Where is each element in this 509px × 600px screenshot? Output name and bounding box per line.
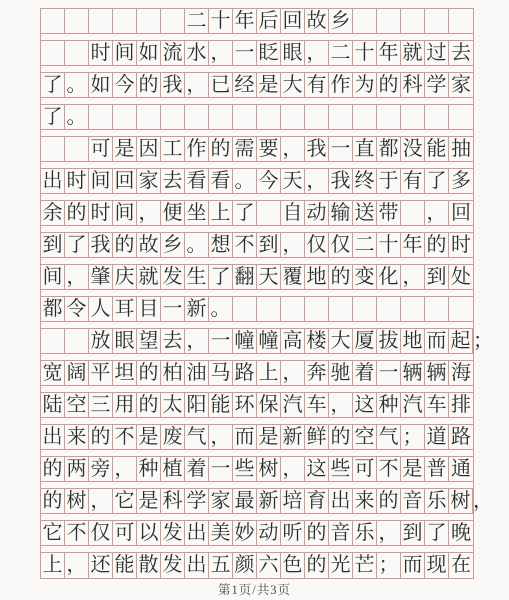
grid-cell: 故 (137, 233, 161, 258)
grid-cell: 我 (305, 137, 329, 162)
grid-cell: 时 (449, 233, 473, 258)
grid-cell: 年 (377, 41, 401, 66)
grid-cell (281, 105, 305, 130)
grid-cell: 一 (377, 361, 401, 386)
grid-cell: ， (281, 361, 305, 386)
row-spacer (41, 162, 473, 169)
text-row: 出时间回家去看看。今天，我终于有了多 (41, 169, 473, 194)
grid-cell (257, 297, 281, 322)
grid-cell: 三 (89, 393, 113, 418)
text-row: 宽阔平坦的柏油马路上，奔驰着一辆辆海 (41, 361, 473, 386)
text-row: 时间如流水，一眨眼，二十年就过去 (41, 41, 473, 66)
grid-cell: 厦 (353, 329, 377, 354)
grid-cell: 五 (209, 553, 233, 578)
grid-cell: 输 (329, 201, 353, 226)
grid-cell: 已 (209, 73, 233, 98)
grid-cell: ， (305, 41, 329, 66)
row-spacer (41, 322, 473, 329)
grid-cell: 育 (305, 489, 329, 514)
grid-cell: 出 (329, 489, 353, 514)
grid-cell: 排 (449, 393, 473, 418)
grid-cell: ， (305, 169, 329, 194)
grid-cell (401, 297, 425, 322)
text-row: 余的时间，便坐上了自动输送带，回 (41, 201, 473, 226)
grid-cell: 想 (209, 233, 233, 258)
grid-cell: 现 (425, 553, 449, 578)
grid-cell: 天 (257, 265, 281, 290)
grid-cell: 了 (209, 265, 233, 290)
grid-cell: 海 (449, 361, 473, 386)
grid-cell: 没 (401, 137, 425, 162)
grid-cell: 宽 (41, 361, 65, 386)
grid-cell: 拔 (377, 329, 401, 354)
grid-cell: 有 (305, 73, 329, 98)
grid-cell: 去 (449, 41, 473, 66)
grid-cell: 地 (401, 329, 425, 354)
text-row: 上，还能散发出五颜六色的光芒；而现在 (41, 553, 473, 578)
row-spacer (41, 482, 473, 489)
grid-cell: 的 (377, 489, 401, 514)
grid-cell: 听 (281, 521, 305, 546)
grid-cell (425, 9, 449, 34)
grid-cell: 到 (401, 521, 425, 546)
grid-cell (113, 9, 137, 34)
grid-cell: ， (89, 489, 113, 514)
grid-cell: 散 (137, 553, 161, 578)
grid-cell: 今 (257, 169, 281, 194)
grid-cell: 妙 (233, 521, 257, 546)
text-row: 了。如今的我，已经是大有作为的科学家 (41, 73, 473, 98)
grid-cell: 培 (281, 489, 305, 514)
row-spacer (41, 98, 473, 105)
grid-cell: 环 (233, 393, 257, 418)
grid-cell (161, 9, 185, 34)
grid-cell: 仅 (89, 521, 113, 546)
grid-cell: 是 (257, 425, 281, 450)
grid-cell: 如 (137, 41, 161, 66)
grid-cell: 了 (41, 105, 65, 130)
grid-cell: 树 (257, 457, 281, 482)
grid-cell: 。 (209, 297, 233, 322)
grid-cell (185, 105, 209, 130)
grid-cell: 便 (161, 201, 185, 226)
grid-cell (305, 105, 329, 130)
grid-cell: 处 (449, 265, 473, 290)
grid-cell: 新 (185, 297, 209, 322)
grid-cell: 旁 (89, 457, 113, 482)
grid-cell: 来 (353, 489, 377, 514)
grid-cell (353, 105, 377, 130)
grid-cell: 过 (425, 41, 449, 66)
grid-cell: 我 (89, 233, 113, 258)
grid-cell: 为 (353, 73, 377, 98)
grid-cell: 年 (233, 9, 257, 34)
grid-cell (65, 137, 89, 162)
grid-cell: 家 (209, 489, 233, 514)
grid-cell: 是 (401, 457, 425, 482)
row-spacer (41, 258, 473, 265)
grid-cell: 马 (209, 361, 233, 386)
grid-cell: 阳 (185, 393, 209, 418)
grid-cell: ， (281, 233, 305, 258)
grid-cell: 需 (233, 137, 257, 162)
grid-cell: 气 (377, 425, 401, 450)
grid-cell: 乐 (425, 489, 449, 514)
grid-cell: 眨 (257, 41, 281, 66)
grid-cell: ， (377, 521, 401, 546)
grid-cell: 学 (425, 73, 449, 98)
grid-cell: 肇 (89, 265, 113, 290)
text-row: 的两旁，种植着一些树，这些可不是普通 (41, 457, 473, 482)
grid-cell: 是 (137, 489, 161, 514)
grid-cell: 看 (185, 169, 209, 194)
grid-cell: 坐 (185, 201, 209, 226)
grid-cell: 大 (281, 73, 305, 98)
grid-cell: 都 (377, 137, 401, 162)
grid-cell: 。 (65, 73, 89, 98)
grid-cell: 经 (233, 73, 257, 98)
grid-cell: 而 (233, 425, 257, 450)
grid-cell: 的 (113, 233, 137, 258)
grid-cell: 不 (377, 457, 401, 482)
grid-cell: 的 (377, 73, 401, 98)
grid-cell: 庆 (113, 265, 137, 290)
grid-cell: 树 (65, 489, 89, 514)
page-number: 第1页/共3页 (0, 580, 509, 598)
grid-cell: 废 (161, 425, 185, 450)
grid-cell: 要 (257, 137, 281, 162)
grid-cell: 光 (329, 553, 353, 578)
grid-cell: 放 (89, 329, 113, 354)
grid-cell: 。 (185, 233, 209, 258)
grid-cell: 时 (65, 169, 89, 194)
grid-cell (137, 9, 161, 34)
grid-cell: 间 (89, 169, 113, 194)
grid-cell: 都 (41, 297, 65, 322)
grid-cell: 不 (113, 425, 137, 450)
grid-cell: 鲜 (305, 425, 329, 450)
grid-cell: 的 (41, 457, 65, 482)
text-row: 可是因工作的需要，我一直都没能抽 (41, 137, 473, 162)
grid-cell: 工 (161, 137, 185, 162)
grid-cell: 家 (137, 169, 161, 194)
grid-cell: 柏 (161, 361, 185, 386)
grid-cell: ， (209, 425, 233, 450)
grid-cell (89, 9, 113, 34)
grid-cell: 汽 (401, 393, 425, 418)
grid-cell: 不 (233, 233, 257, 258)
grid-cell: 二 (353, 233, 377, 258)
text-row: 到了我的故乡。想不到，仅仅二十年的时 (41, 233, 473, 258)
grid-cell: 到 (425, 265, 449, 290)
text-row: 它不仅可以发出美妙动听的音乐，到了晚 (41, 521, 473, 546)
grid-cell: 的 (305, 553, 329, 578)
grid-cell: 汽 (281, 393, 305, 418)
grid-cell (377, 297, 401, 322)
grid-cell: 音 (329, 521, 353, 546)
grid-cell (257, 201, 281, 226)
grid-cell: 故 (305, 9, 329, 34)
row-spacer (41, 290, 473, 297)
grid-cell: 植 (161, 457, 185, 482)
text-row: 放眼望去，一幢幢高楼大厦拔地而起； (41, 329, 473, 354)
grid-cell: 去 (161, 169, 185, 194)
grid-cell: 晚 (449, 521, 473, 546)
grid-cell: 坦 (113, 361, 137, 386)
grid-cell: 到 (41, 233, 65, 258)
grid-cell: 间 (113, 201, 137, 226)
grid-cell: 通 (449, 457, 473, 482)
grid-cell: 气 (185, 425, 209, 450)
grid-cell: 一 (209, 329, 233, 354)
grid-cell: 带 (377, 201, 401, 226)
grid-cell: 去 (161, 329, 185, 354)
grid-cell: 的 (305, 521, 329, 546)
grid-cell: 些 (233, 457, 257, 482)
text-row: 出来的不是废气，而是新鲜的空气；道路 (41, 425, 473, 450)
grid-cell: 油 (185, 361, 209, 386)
grid-cell: 。 (65, 105, 89, 130)
grid-cell (137, 105, 161, 130)
grid-cell (305, 297, 329, 322)
grid-cell (41, 41, 65, 66)
grid-cell: 了 (41, 73, 65, 98)
grid-cell: 十 (209, 9, 233, 34)
grid-cell (449, 297, 473, 322)
grid-cell (377, 105, 401, 130)
grid-cell: 着 (353, 361, 377, 386)
grid-cell: 色 (281, 553, 305, 578)
grid-cell: 美 (209, 521, 233, 546)
grid-cell: 抽 (449, 137, 473, 162)
grid-cell: 的 (137, 73, 161, 98)
grid-cell: 以 (137, 521, 161, 546)
grid-cell: 还 (89, 553, 113, 578)
grid-cell: 二 (185, 9, 209, 34)
grid-cell (425, 297, 449, 322)
grid-cell: ， (137, 201, 161, 226)
grid-cell: 于 (377, 169, 401, 194)
margin-punctuation: ， (473, 489, 489, 514)
grid-cell: ， (281, 457, 305, 482)
text-row: 都令人耳目一新。 (41, 297, 473, 322)
grid-cell: 十 (377, 233, 401, 258)
grid-cell: 一 (329, 137, 353, 162)
row-spacer (41, 226, 473, 233)
row-spacer (41, 130, 473, 137)
grid-cell: 。 (233, 169, 257, 194)
grid-cell: 间 (113, 41, 137, 66)
grid-cell: 幢 (233, 329, 257, 354)
grid-cell: 上 (257, 361, 281, 386)
grid-cell: 路 (233, 361, 257, 386)
grid-cell: 望 (137, 329, 161, 354)
grid-cell: 有 (401, 169, 425, 194)
grid-cell: 颜 (233, 553, 257, 578)
grid-cell: 些 (329, 457, 353, 482)
grid-cell (329, 105, 353, 130)
grid-cell (401, 105, 425, 130)
grid-cell: 路 (449, 425, 473, 450)
grid-cell: 在 (449, 553, 473, 578)
grid-cell (233, 297, 257, 322)
grid-cell: 因 (137, 137, 161, 162)
grid-cell: 出 (41, 425, 65, 450)
grid-cell: 了 (425, 521, 449, 546)
grid-cell: 乐 (353, 521, 377, 546)
grid-cell: 变 (353, 265, 377, 290)
grid-cell: 种 (377, 393, 401, 418)
margin-punctuation: ； (473, 329, 489, 354)
grid-cell: 的 (89, 425, 113, 450)
grid-cell: 终 (353, 169, 377, 194)
grid-cell: 而 (401, 553, 425, 578)
grid-cell: 耳 (113, 297, 137, 322)
grid-cell: 起 (449, 329, 473, 354)
grid-cell: 的 (209, 137, 233, 162)
grid-cell: 能 (113, 553, 137, 578)
grid-cell: ， (185, 73, 209, 98)
grid-cell: 水 (185, 41, 209, 66)
grid-cell: 道 (425, 425, 449, 450)
writing-grid: 二十年后回故乡时间如流水，一眨眼，二十年就过去了。如今的我，已经是大有作为的科学… (40, 8, 474, 579)
grid-cell: 着 (185, 457, 209, 482)
grid-cell: 生 (185, 265, 209, 290)
grid-cell: 如 (89, 73, 113, 98)
grid-cell: 陆 (41, 393, 65, 418)
grid-cell (377, 9, 401, 34)
grid-cell (257, 105, 281, 130)
grid-cell: 可 (113, 521, 137, 546)
grid-cell: 它 (41, 521, 65, 546)
grid-cell: 车 (305, 393, 329, 418)
row-spacer (41, 514, 473, 521)
grid-cell: 作 (185, 137, 209, 162)
grid-cell: 平 (89, 361, 113, 386)
row-spacer (41, 418, 473, 425)
grid-cell: 间 (41, 265, 65, 290)
grid-cell: 多 (449, 169, 473, 194)
grid-cell (353, 9, 377, 34)
grid-cell: 我 (161, 73, 185, 98)
grid-cell: 动 (257, 521, 281, 546)
grid-cell: 眼 (113, 329, 137, 354)
grid-cell: 可 (89, 137, 113, 162)
grid-cell: 音 (401, 489, 425, 514)
grid-cell: 发 (161, 521, 185, 546)
grid-cell: 到 (257, 233, 281, 258)
grid-cell: ， (65, 553, 89, 578)
grid-cell: 年 (401, 233, 425, 258)
grid-cell: 出 (41, 169, 65, 194)
text-row: 了。 (41, 105, 473, 130)
grid-cell (281, 297, 305, 322)
grid-cell: ， (209, 41, 233, 66)
grid-cell: 的 (65, 201, 89, 226)
grid-cell (425, 105, 449, 130)
grid-cell: 不 (65, 521, 89, 546)
grid-cell (329, 297, 353, 322)
grid-cell: 新 (257, 489, 281, 514)
grid-cell (161, 105, 185, 130)
grid-cell: 时 (89, 201, 113, 226)
grid-cell (449, 105, 473, 130)
grid-cell: 的 (329, 265, 353, 290)
grid-cell: 普 (425, 457, 449, 482)
title-row: 二十年后回故乡 (41, 9, 473, 34)
grid-cell: 这 (353, 393, 377, 418)
grid-cell: 科 (161, 489, 185, 514)
row-spacer (41, 194, 473, 201)
grid-cell: 来 (65, 425, 89, 450)
row-spacer (41, 66, 473, 73)
grid-cell: 太 (161, 393, 185, 418)
grid-cell: 发 (161, 265, 185, 290)
grid-cell: 送 (353, 201, 377, 226)
grid-cell: 是 (113, 137, 137, 162)
grid-cell: 辆 (401, 361, 425, 386)
grid-cell: 令 (65, 297, 89, 322)
grid-cell: 回 (449, 201, 473, 226)
grid-cell: ， (65, 265, 89, 290)
grid-cell: 而 (425, 329, 449, 354)
grid-cell: 今 (113, 73, 137, 98)
grid-cell (89, 105, 113, 130)
grid-cell: ， (185, 329, 209, 354)
grid-cell: 作 (329, 73, 353, 98)
grid-cell (113, 105, 137, 130)
grid-cell: 用 (113, 393, 137, 418)
grid-cell: 芒 (353, 553, 377, 578)
grid-cell: 的 (137, 393, 161, 418)
grid-cell: 上 (41, 553, 65, 578)
grid-cell: 的 (329, 425, 353, 450)
grid-cell: 覆 (281, 265, 305, 290)
grid-cell: 动 (305, 201, 329, 226)
grid-cell (401, 9, 425, 34)
grid-cell: 这 (305, 457, 329, 482)
grid-cell: 就 (137, 265, 161, 290)
grid-cell: 余 (41, 201, 65, 226)
grid-cell: 十 (353, 41, 377, 66)
grid-cell (41, 137, 65, 162)
text-row: 陆空三用的太阳能环保汽车，这种汽车排 (41, 393, 473, 418)
row-spacer (41, 546, 473, 553)
grid-cell: 了 (233, 201, 257, 226)
grid-cell: 大 (329, 329, 353, 354)
grid-cell: 化 (377, 265, 401, 290)
grid-cell: 自 (281, 201, 305, 226)
grid-cell: 仅 (305, 233, 329, 258)
grid-cell: 了 (425, 169, 449, 194)
grid-cell: 上 (209, 201, 233, 226)
grid-cell: 的 (137, 361, 161, 386)
grid-cell: 二 (329, 41, 353, 66)
grid-cell (233, 105, 257, 130)
grid-cell (65, 329, 89, 354)
grid-cell: 保 (257, 393, 281, 418)
grid-cell: ， (281, 137, 305, 162)
grid-cell: ， (425, 201, 449, 226)
grid-cell: 是 (137, 425, 161, 450)
grid-cell: 能 (209, 393, 233, 418)
grid-cell: 目 (137, 297, 161, 322)
grid-cell: 时 (89, 41, 113, 66)
grid-cell: 六 (257, 553, 281, 578)
grid-cell: ； (377, 553, 401, 578)
grid-cell: 它 (113, 489, 137, 514)
grid-cell: 可 (353, 457, 377, 482)
